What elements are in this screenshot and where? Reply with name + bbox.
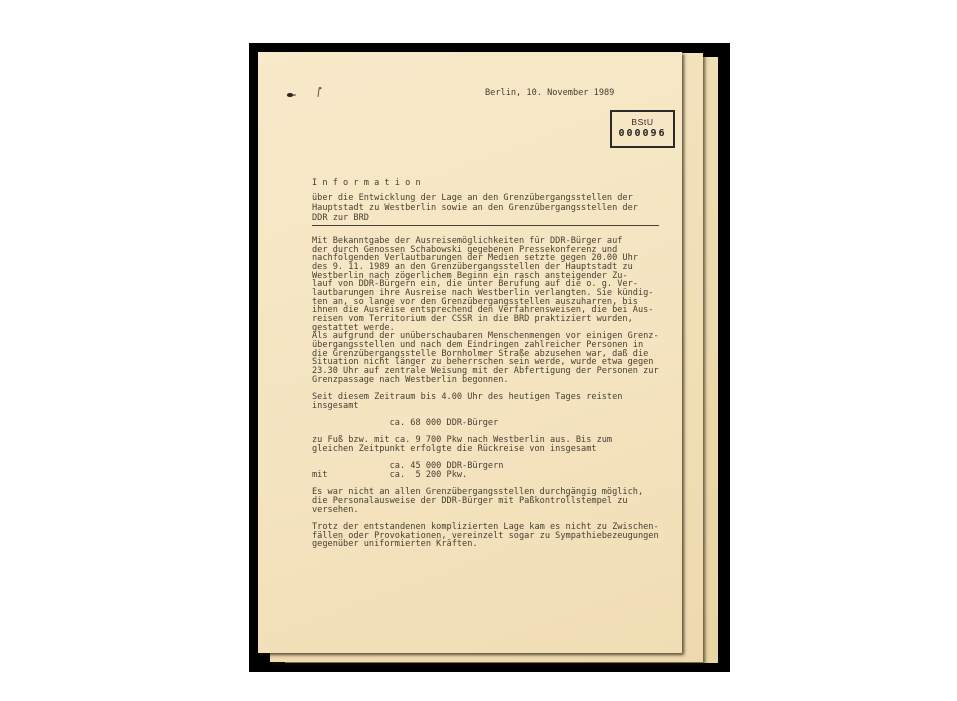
paragraph-closing: Trotz der entstandenen komplizierten Lag…: [312, 523, 660, 549]
scan-background: Berlin, 10. November 1989 BStU 000096 I …: [249, 43, 730, 672]
subject-title: über die Entwicklung der Lage an den Gre…: [312, 193, 659, 226]
paragraph-opening: Mit Bekanntgabe der Ausreisemöglichkeite…: [312, 237, 660, 384]
dateline: Berlin, 10. November 1989: [485, 88, 614, 98]
information-heading: I n f o r m a t i o n: [312, 179, 660, 188]
paragraph-totals-intro: Seit diesem Zeitraum bis 4.00 Uhr des he…: [312, 393, 660, 410]
stat-lines-returns: ca. 45 000 DDR-Bürgern mit ca. 5 200 Pkw…: [312, 462, 660, 479]
ink-mark-icon: [318, 89, 321, 97]
document-page: Berlin, 10. November 1989 BStU 000096 I …: [258, 52, 682, 653]
paragraph-passport-stamps: Es war nicht an allen Grenzübergangsstel…: [312, 488, 660, 514]
stamp-label: BStU: [631, 118, 653, 127]
paragraph-returns-intro: zu Fuß bzw. mit ca. 9 700 Pkw nach Westb…: [312, 436, 660, 453]
bstu-archive-stamp: BStU 000096: [610, 110, 675, 148]
stat-line-exits: ca. 68 000 DDR-Bürger: [312, 419, 660, 428]
ink-mark-icon: [287, 93, 293, 97]
screenshot-canvas: Berlin, 10. November 1989 BStU 000096 I …: [0, 0, 957, 701]
document-content: I n f o r m a t i o n über die Entwicklu…: [312, 179, 660, 558]
stamp-page-number: 000096: [618, 128, 666, 140]
